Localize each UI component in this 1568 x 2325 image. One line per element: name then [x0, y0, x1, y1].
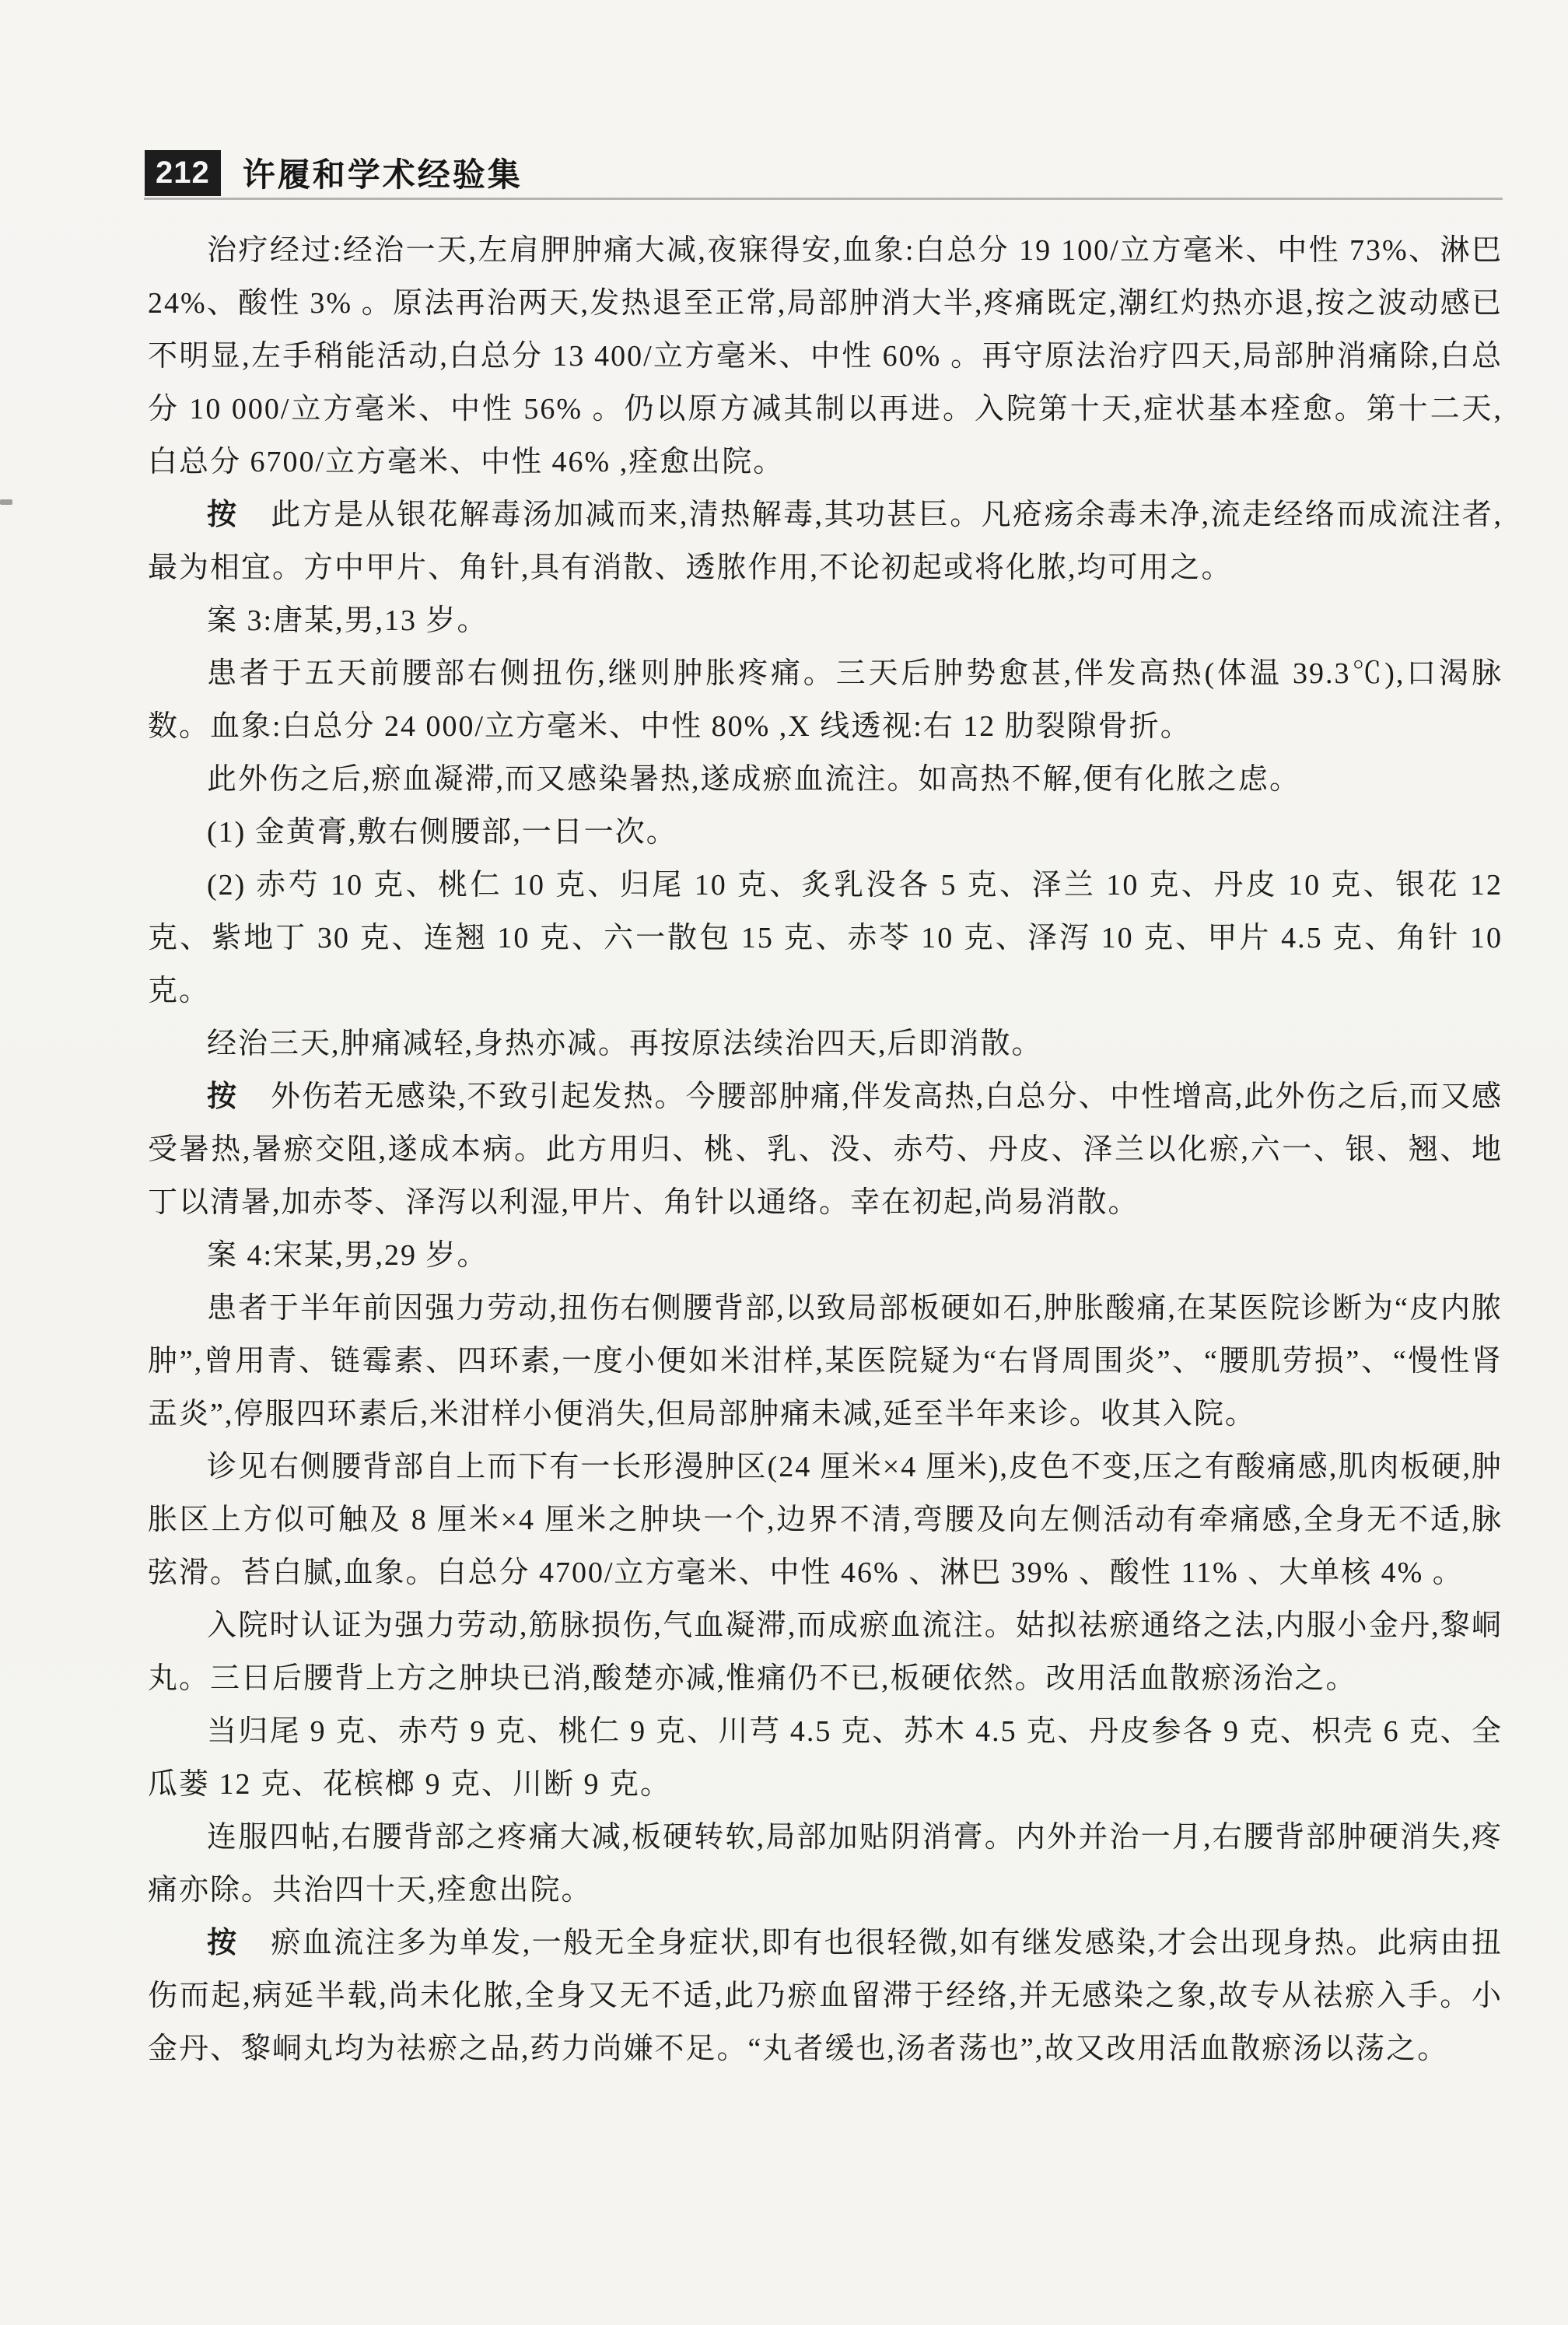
paragraph-text: 患者于半年前因强力劳动,扭伤右侧腰背部,以致局部板硬如石,肿胀酸痛,在某医院诊断… [148, 1292, 1503, 1430]
paragraph-2: 按此方是从银花解毒汤加减而来,清热解毒,其功甚巨。凡疮疡余毒未净,流走经络而成流… [148, 488, 1503, 594]
paragraph-text: 案 3:唐某,男,13 岁。 [207, 604, 488, 637]
book-title: 许履和学术经验集 [243, 149, 523, 196]
paragraph-15: 连服四帖,右腰背部之疼痛大减,板硬转软,局部加贴阴消膏。内外并治一月,右腰背部肿… [148, 1811, 1503, 1917]
paragraph-8: 经治三天,肿痛减轻,身热亦减。再按原法续治四天,后即消散。 [148, 1017, 1503, 1070]
paragraph-text: 诊见右侧腰背部自上而下有一长形漫肿区(24 厘米×4 厘米),皮色不变,压之有酸… [148, 1451, 1503, 1589]
page-header: 212 许履和学术经验集 [145, 149, 523, 196]
paragraph-text: 当归尾 9 克、赤芍 9 克、桃仁 9 克、川芎 4.5 克、苏木 4.5 克、… [148, 1715, 1503, 1801]
paragraph-14: 当归尾 9 克、赤芍 9 克、桃仁 9 克、川芎 4.5 克、苏木 4.5 克、… [148, 1705, 1503, 1811]
note-label: 按 [207, 1080, 238, 1113]
paragraph-text: 外伤若无感染,不致引起发热。今腰部肿痛,伴发高热,白总分、中性增高,此外伤之后,… [148, 1080, 1503, 1219]
paragraph-text: 经治三天,肿痛减轻,身热亦减。再按原法续治四天,后即消散。 [207, 1028, 1043, 1060]
paragraph-16: 按瘀血流注多为单发,一般无全身症状,即有也很轻微,如有继发感染,才会出现身热。此… [148, 1917, 1503, 2075]
paragraph-text: (2) 赤芍 10 克、桃仁 10 克、归尾 10 克、炙乳没各 5 克、泽兰 … [148, 869, 1503, 1007]
page-number-badge: 212 [145, 150, 221, 196]
paragraph-6: (1) 金黄膏,敷右侧腰部,一日一次。 [148, 806, 1503, 859]
paragraph-9: 按外伤若无感染,不致引起发热。今腰部肿痛,伴发高热,白总分、中性增高,此外伤之后… [148, 1070, 1503, 1229]
header-divider [144, 198, 1503, 200]
paragraph-13: 入院时认证为强力劳动,筋脉损伤,气血凝滞,而成瘀血流注。姑拟祛瘀通络之法,内服小… [148, 1599, 1503, 1705]
paragraph-5: 此外伤之后,瘀血凝滞,而又感染暑热,遂成瘀血流注。如高热不解,便有化脓之虑。 [148, 753, 1503, 806]
paragraph-7: (2) 赤芍 10 克、桃仁 10 克、归尾 10 克、炙乳没各 5 克、泽兰 … [148, 859, 1503, 1017]
paragraph-text: 入院时认证为强力劳动,筋脉损伤,气血凝滞,而成瘀血流注。姑拟祛瘀通络之法,内服小… [148, 1609, 1503, 1695]
paragraph-text: 患者于五天前腰部右侧扭伤,继则肿胀疼痛。三天后肿势愈甚,伴发高热(体温 39.3… [148, 657, 1503, 743]
paragraph-text: 连服四帖,右腰背部之疼痛大减,板硬转软,局部加贴阴消膏。内外并治一月,右腰背部肿… [148, 1821, 1503, 1907]
paragraph-text: 此外伤之后,瘀血凝滞,而又感染暑热,遂成瘀血流注。如高热不解,便有化脓之虑。 [207, 763, 1300, 796]
paragraph-text: 治疗经过:经治一天,左肩胛肿痛大减,夜寐得安,血象:白总分 19 100/立方毫… [148, 234, 1503, 478]
paragraph-text: 此方是从银花解毒汤加减而来,清热解毒,其功甚巨。凡疮疡余毒未净,流走经络而成流注… [148, 499, 1503, 584]
paragraph-text: 案 4:宋某,男,29 岁。 [207, 1239, 488, 1272]
note-label: 按 [207, 1927, 238, 1959]
scan-artifact-mark [0, 499, 12, 505]
paragraph-4: 患者于五天前腰部右侧扭伤,继则肿胀疼痛。三天后肿势愈甚,伴发高热(体温 39.3… [148, 647, 1503, 753]
paragraph-11: 患者于半年前因强力劳动,扭伤右侧腰背部,以致局部板硬如石,肿胀酸痛,在某医院诊断… [148, 1282, 1503, 1441]
paragraph-1: 治疗经过:经治一天,左肩胛肿痛大减,夜寐得安,血象:白总分 19 100/立方毫… [148, 224, 1503, 488]
note-label: 按 [207, 499, 238, 531]
paragraph-text: (1) 金黄膏,敷右侧腰部,一日一次。 [207, 816, 677, 849]
paragraph-10: 案 4:宋某,男,29 岁。 [148, 1229, 1503, 1282]
paragraph-3: 案 3:唐某,男,13 岁。 [148, 594, 1503, 647]
page-body: 治疗经过:经治一天,左肩胛肿痛大减,夜寐得安,血象:白总分 19 100/立方毫… [148, 224, 1503, 2075]
book-page: 212 许履和学术经验集 治疗经过:经治一天,左肩胛肿痛大减,夜寐得安,血象:白… [0, 0, 1568, 2325]
paragraph-text: 瘀血流注多为单发,一般无全身症状,即有也很轻微,如有继发感染,才会出现身热。此病… [148, 1927, 1503, 2065]
page-number: 212 [156, 156, 210, 190]
paragraph-12: 诊见右侧腰背部自上而下有一长形漫肿区(24 厘米×4 厘米),皮色不变,压之有酸… [148, 1441, 1503, 1599]
